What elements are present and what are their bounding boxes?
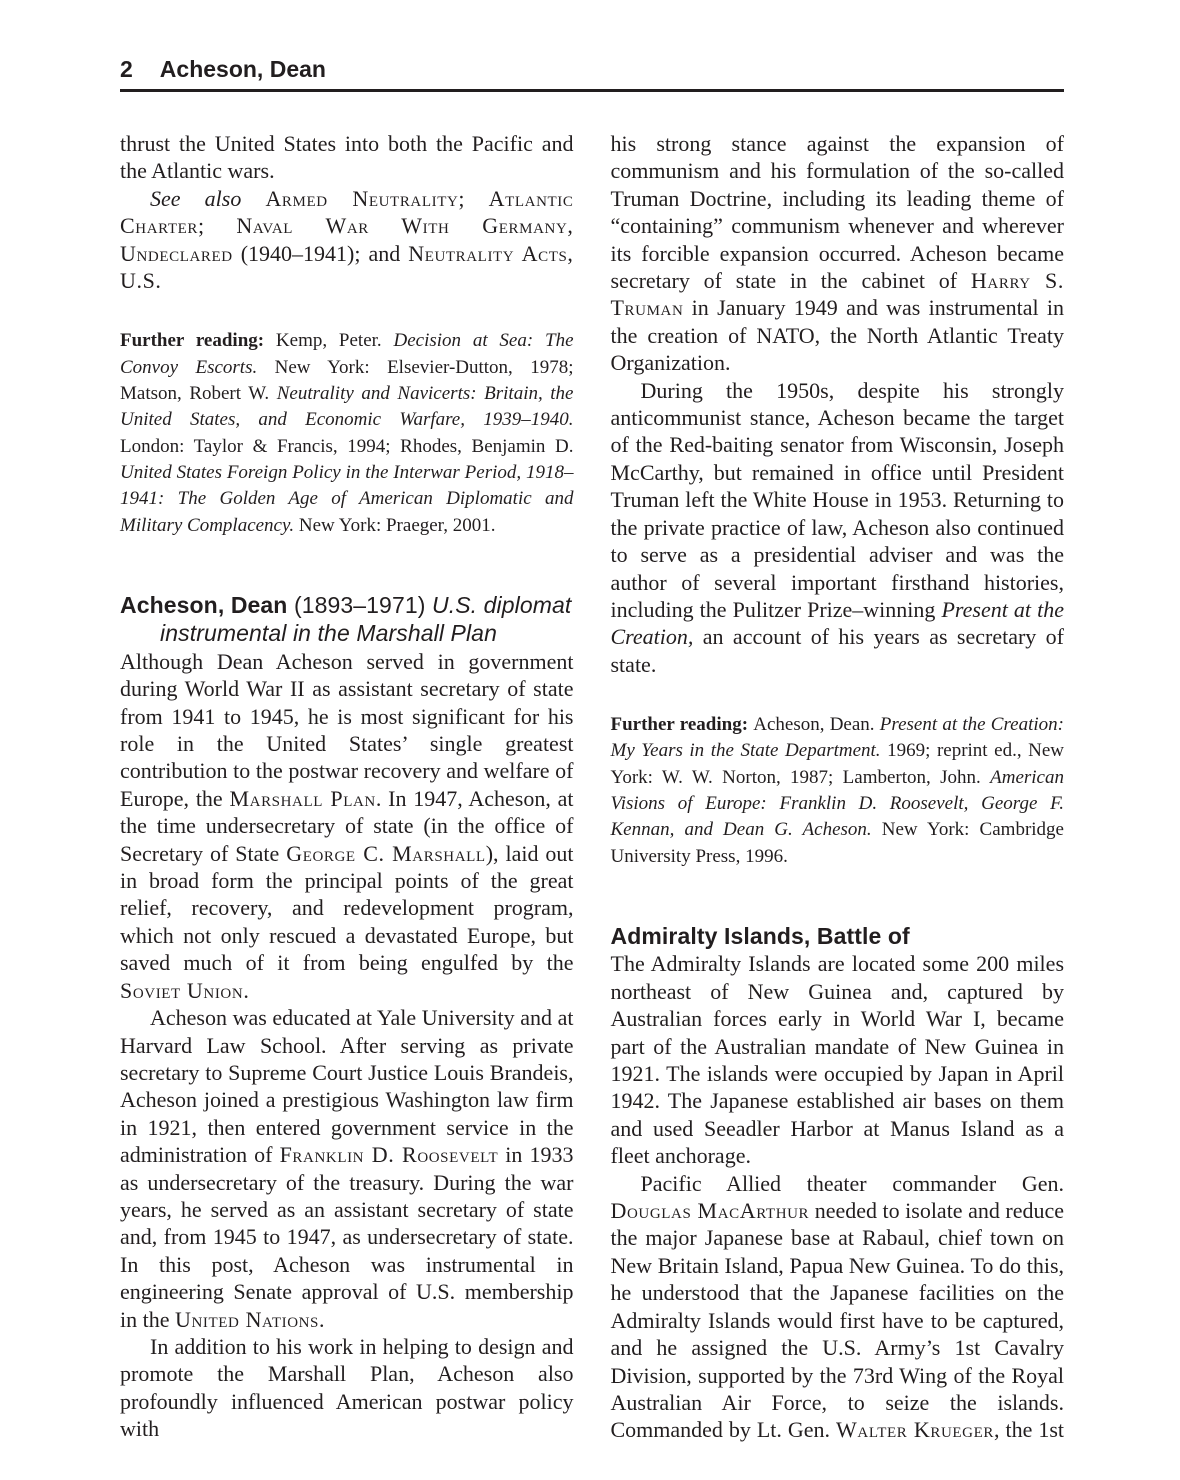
left-column: thrust the United States into both the P… bbox=[120, 130, 574, 1443]
text-run-bold: Further reading: bbox=[120, 330, 276, 351]
text-run-normal: In addition to his work in helping to de… bbox=[120, 1334, 574, 1441]
text-run-normal: Kemp, Peter. bbox=[276, 330, 394, 351]
text-run-smallcaps: Marshall Plan bbox=[229, 786, 375, 811]
further-reading: Further reading: Kemp, Peter. Decision a… bbox=[120, 328, 574, 538]
text-run-normal: (1893–1971) bbox=[294, 592, 432, 618]
text-run-normal: Acheson, Dean. bbox=[753, 714, 880, 735]
text-run-normal: needed to isolate and reduce the major J… bbox=[611, 1198, 1065, 1442]
text-run-smallcaps: George C. Marshall bbox=[286, 841, 485, 866]
text-run-smallcaps: Soviet Union bbox=[120, 978, 243, 1003]
text-run-smallcaps: Douglas MacArthur bbox=[611, 1198, 810, 1223]
paragraph: During the 1950s, despite his strongly a… bbox=[611, 377, 1065, 678]
text-run-normal: in 1933 as undersecretary of the treasur… bbox=[120, 1142, 574, 1331]
paragraph: Acheson was educated at Yale University … bbox=[120, 1004, 574, 1333]
text-run-normal: The Admiralty Islands are located some 2… bbox=[611, 951, 1065, 1168]
text-run-smallcaps: Armed Neutrality bbox=[265, 186, 458, 211]
text-run-bold: Acheson, Dean bbox=[120, 592, 294, 618]
book-page: 2 Acheson, Dean thrust the United States… bbox=[0, 0, 1180, 1480]
text-run-smallcaps: Franklin D. Roosevelt bbox=[280, 1142, 499, 1167]
paragraph: Although Dean Acheson served in governme… bbox=[120, 648, 574, 1004]
page-number: 2 bbox=[120, 56, 133, 82]
further-reading: Further reading: Acheson, Dean. Present … bbox=[611, 712, 1065, 870]
text-run-bold: Further reading: bbox=[611, 714, 754, 735]
entry-heading: Admiralty Islands, Battle of bbox=[611, 922, 1065, 951]
running-title: Acheson, Dean bbox=[160, 56, 326, 82]
paragraph: Pacific Allied theater commander Gen. Do… bbox=[611, 1170, 1065, 1444]
paragraph: his strong stance against the expansion … bbox=[611, 130, 1065, 377]
header-rule bbox=[120, 89, 1064, 92]
text-run-smallcaps: Walter Krueger bbox=[836, 1417, 994, 1442]
text-run-normal: During the 1950s, despite his strongly a… bbox=[611, 378, 1065, 622]
text-run-normal: (1940–1941); and bbox=[233, 241, 408, 266]
text-run-normal: thrust the United States into both the P… bbox=[120, 131, 574, 183]
text-run-smallcaps: United Nations bbox=[175, 1307, 319, 1332]
text-run-normal: London: Taylor & Francis, 1994; Rhodes, … bbox=[120, 436, 574, 457]
text-run-normal: Pacific Allied theater commander Gen. bbox=[641, 1171, 1065, 1196]
paragraph: In addition to his work in helping to de… bbox=[120, 1333, 574, 1443]
text-columns: thrust the United States into both the P… bbox=[120, 130, 1064, 1444]
see-also: See also Armed Neutrality; Atlantic Char… bbox=[120, 185, 574, 295]
paragraph: thrust the United States into both the P… bbox=[120, 130, 574, 185]
text-run-normal: . bbox=[243, 978, 249, 1003]
right-column: his strong stance against the expansion … bbox=[611, 130, 1065, 1444]
running-header: 2 Acheson, Dean bbox=[120, 56, 1064, 82]
text-run-normal: , the 1st bbox=[994, 1417, 1064, 1442]
text-run-italic: See also bbox=[150, 186, 265, 211]
entry-heading: Acheson, Dean (1893–1971) U.S. diplomat … bbox=[120, 591, 574, 648]
text-run-normal: ; bbox=[198, 213, 236, 238]
text-run-normal: . bbox=[319, 1307, 325, 1332]
text-run-normal: ; bbox=[458, 186, 488, 211]
text-run-normal: New York: Praeger, 2001. bbox=[299, 515, 496, 536]
paragraph: The Admiralty Islands are located some 2… bbox=[611, 950, 1065, 1169]
text-run-bold: Admiralty Islands, Battle of bbox=[611, 923, 910, 949]
